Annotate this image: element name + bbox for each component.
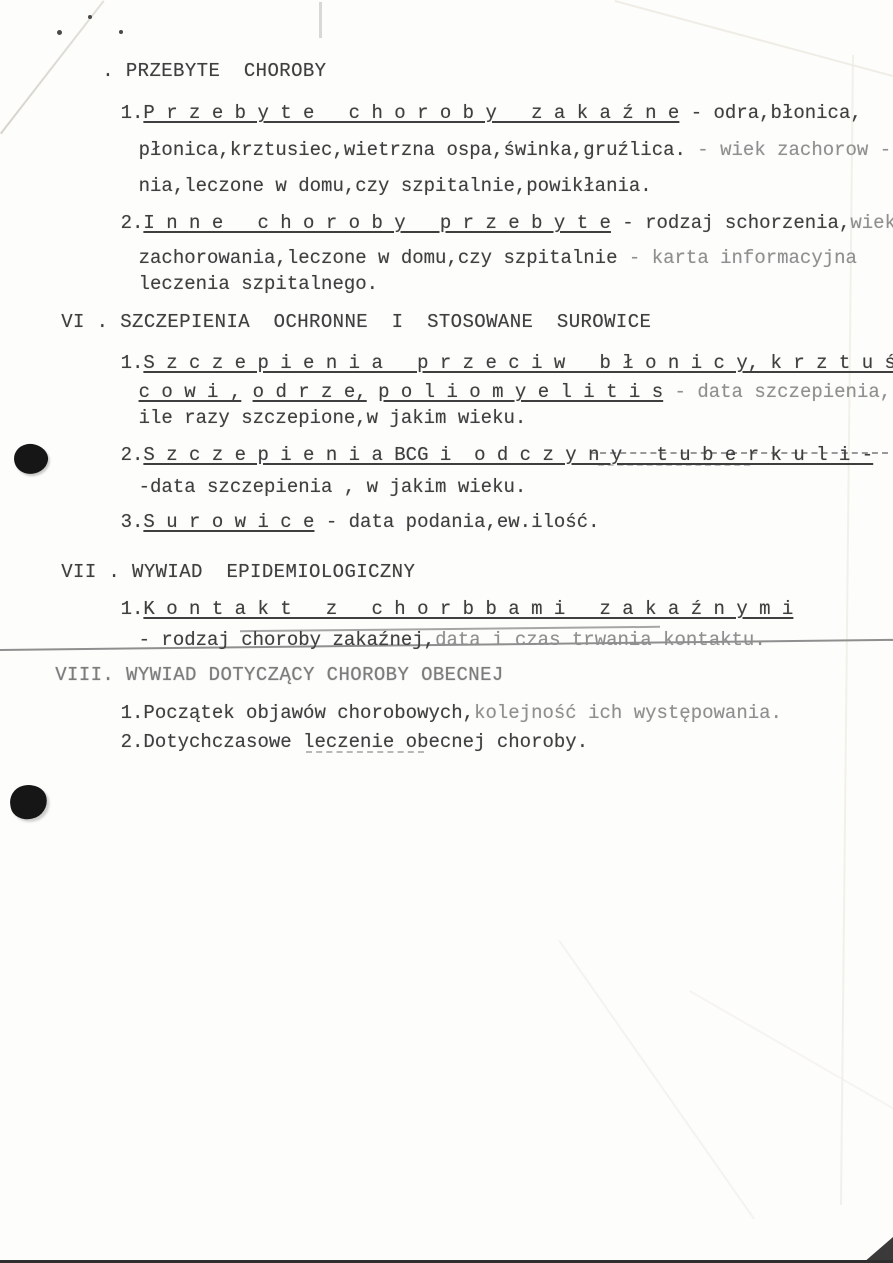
ink-speck xyxy=(119,30,123,34)
section-prefix-dot: . xyxy=(102,60,114,82)
ink-speck xyxy=(57,30,62,35)
section-title: PRZEBYTE CHOROBY xyxy=(126,60,327,82)
item-text-faded: - karta informacyjna xyxy=(618,247,857,269)
paper-crease-lower-2 xyxy=(689,990,893,1122)
item-number: 2. xyxy=(121,731,144,753)
scan-mark-top xyxy=(319,2,322,38)
item-2-dotychczasowe-leczenie: 2.Dotychczasowe leczenie obecnej choroby… xyxy=(75,709,588,775)
item-text: Dotychczasowe leczenie obecnej choroby. xyxy=(143,731,588,753)
underlined-term: S u r o w i c e xyxy=(143,511,314,533)
item-text-faded: - data szczepienia, xyxy=(663,381,891,403)
ink-blot-top xyxy=(12,442,50,476)
paper-crease-lower-1 xyxy=(558,940,755,1220)
item-text: - data podania,ew.ilość. xyxy=(314,511,599,533)
scanned-document-page: . PRZEBYTE CHOROBY 1.P r z e b y t e c h… xyxy=(0,0,893,1263)
ink-speck xyxy=(88,15,92,19)
item-text-faded: - wiek zachorow - xyxy=(686,139,891,161)
ink-blot-bottom xyxy=(7,782,50,823)
item-number: 3. xyxy=(121,511,144,533)
